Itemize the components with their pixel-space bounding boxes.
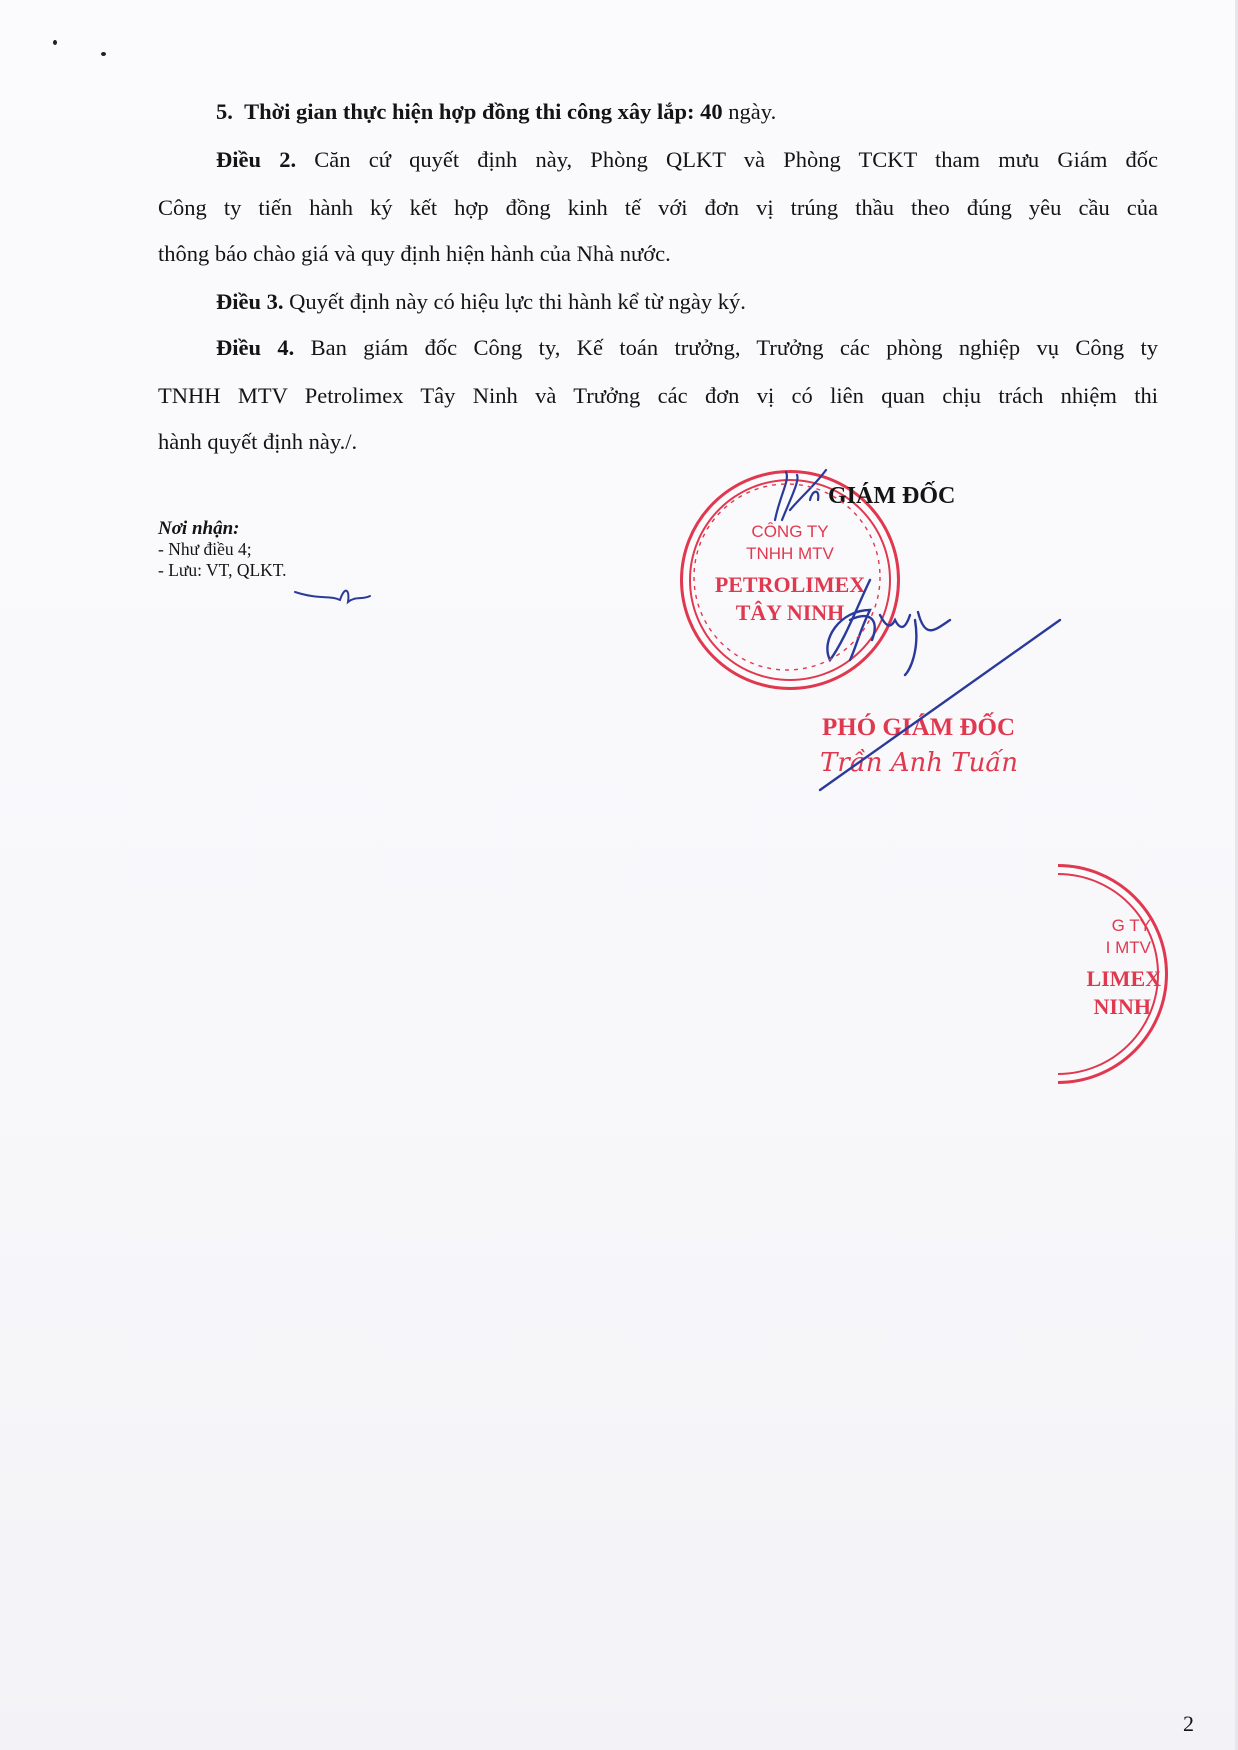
initial-mark-icon xyxy=(775,470,826,520)
page-number: 2 xyxy=(1183,1711,1194,1737)
director-signature-icon xyxy=(820,580,1060,790)
document-page: 5. Thời gian thực hiện hợp đồng thi công… xyxy=(0,0,1238,1750)
clerk-initials-icon xyxy=(295,591,370,602)
signature-ink xyxy=(0,0,1238,1750)
stamp-ring-text-icon xyxy=(694,484,880,670)
